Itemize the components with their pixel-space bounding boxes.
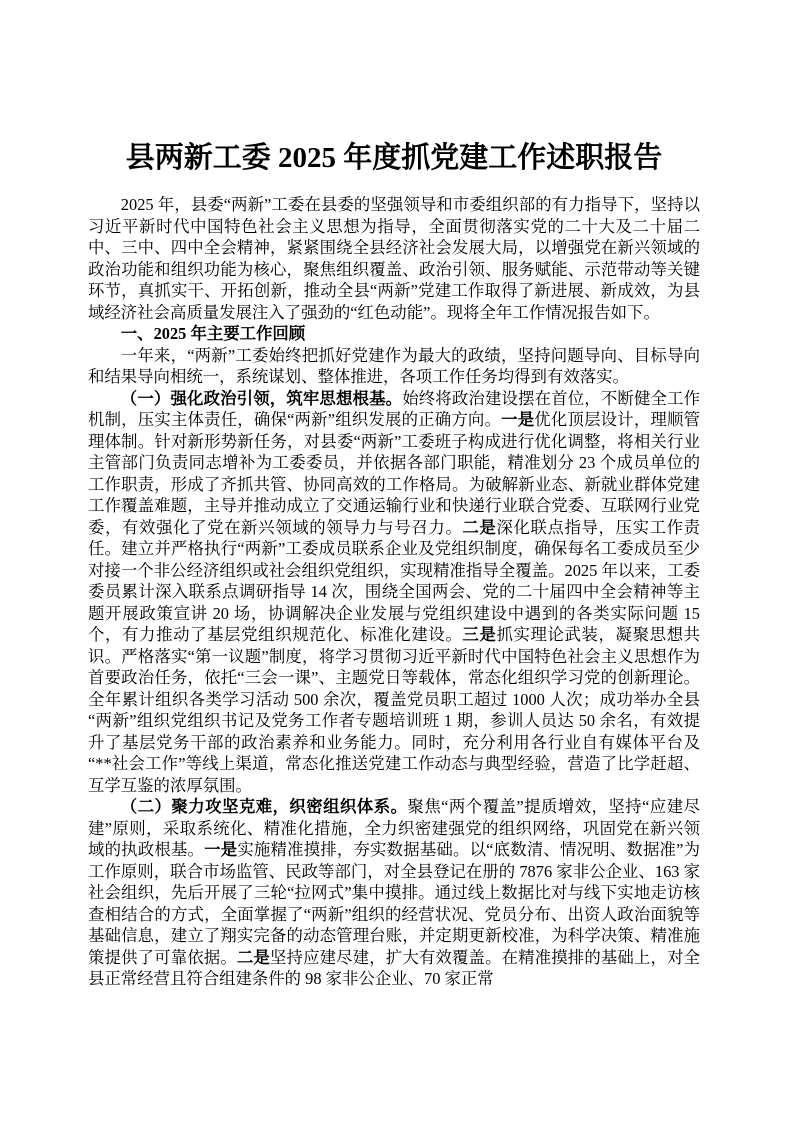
paragraph: （一）强化政治引领，筑牢思想根基。始终将政治建设摆在首位，不断健全工作机制，压实… <box>88 388 700 797</box>
bold-text-run: 一、2025 年主要工作回顾 <box>121 324 305 343</box>
document-page: 县两新工委 2025 年度抓党建工作述职报告 2025 年，县委“两新”工委在县… <box>0 0 793 1121</box>
paragraph: 2025 年，县委“两新”工委在县委的坚强领导和市委组织部的有力指导下，坚持以习… <box>88 194 700 323</box>
bold-text-run: （一）强化政治引领，筑牢思想根基。 <box>121 389 402 408</box>
bold-text-run: 一是 <box>204 840 237 859</box>
document-body: 2025 年，县委“两新”工委在县委的坚强领导和市委组织部的有力指导下，坚持以习… <box>88 194 700 990</box>
document-title: 县两新工委 2025 年度抓党建工作述职报告 <box>88 139 700 177</box>
paragraph: （二）聚力攻坚克难，织密组织体系。聚焦“两个覆盖”提质增效，坚持“应建尽建”原则… <box>88 796 700 990</box>
bold-text-run: 二是 <box>237 948 270 967</box>
text-run: 一年来，“两新”工委始终把抓好党建作为最大的政绩，坚持问题导向、目标导向和结果导… <box>88 346 700 387</box>
bold-text-run: 三是 <box>462 625 496 644</box>
text-run: 2025 年，县委“两新”工委在县委的坚强领导和市委组织部的有力指导下，坚持以习… <box>88 195 700 322</box>
bold-text-run: （二）聚力攻坚克难，织密组织体系。 <box>121 797 408 816</box>
bold-text-run: 二是 <box>462 518 496 537</box>
bold-text-run: 一是 <box>501 410 534 429</box>
text-run: 抓实理论武装，凝聚思想共识。严格落实“第一议题”制度，将学习贯彻习近平新时代中国… <box>88 625 700 795</box>
paragraph: 一年来，“两新”工委始终把抓好党建作为最大的政绩，坚持问题导向、目标导向和结果导… <box>88 345 700 388</box>
section-heading: 一、2025 年主要工作回顾 <box>88 323 700 345</box>
